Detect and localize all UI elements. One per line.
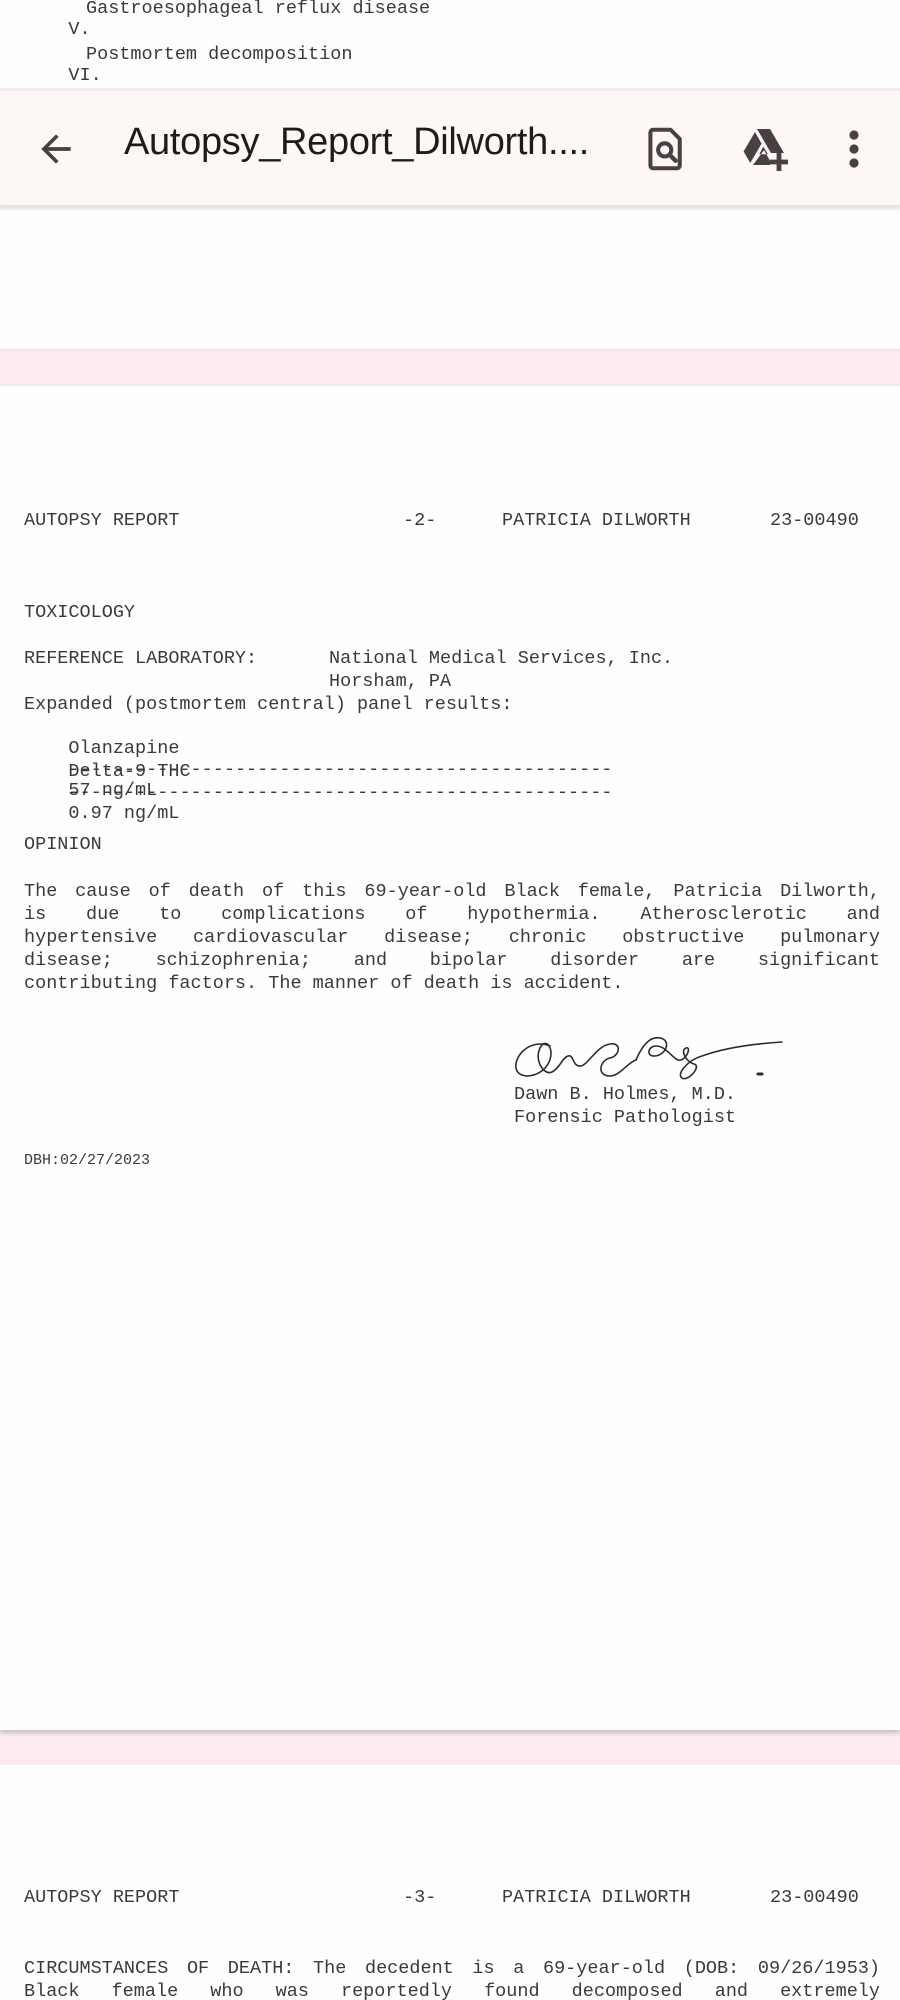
- opinion-line: is due to complications of hypothermia. …: [24, 903, 880, 926]
- arrow-left-icon: [34, 127, 78, 171]
- running-header-title: AUTOPSY REPORT: [24, 510, 179, 531]
- running-header-name: PATRICIA DILWORTH: [502, 1887, 691, 1908]
- diagnosis-text: Gastroesophageal reflux disease: [86, 0, 430, 19]
- circumstances-line: CIRCUMSTANCES OF DEATH: The decedent is …: [24, 1957, 880, 1980]
- initials-date: DBH:02/27/2023: [24, 1152, 150, 1169]
- page-1-bottom: [0, 209, 900, 351]
- diagnosis-text: Postmortem decomposition: [86, 44, 352, 65]
- page-number: -3-: [403, 1887, 436, 1908]
- document-page-3: AUTOPSY REPORT -3- PATRICIA DILWORTH 23-…: [0, 1764, 900, 2000]
- reference-lab-location: Horsham, PA: [329, 671, 451, 692]
- tox-result-row: Delta-9 THC ----------------------------…: [24, 740, 612, 845]
- substance: Delta-9 THC: [68, 761, 190, 782]
- opinion-line: contributing factors. The manner of deat…: [24, 972, 880, 995]
- document-page-2: AUTOPSY REPORT -2- PATRICIA DILWORTH 23-…: [0, 384, 900, 1730]
- running-header-title: AUTOPSY REPORT: [24, 1887, 179, 1908]
- leader-dashes: ----------------------------------------…: [68, 782, 612, 803]
- diagnosis-numeral: VI.: [68, 65, 101, 86]
- find-in-document-button[interactable]: [638, 121, 694, 177]
- opinion-line: disease; schizophrenia; and bipolar diso…: [24, 949, 880, 972]
- opinion-line: hypertensive cardiovascular disease; chr…: [24, 926, 880, 949]
- opinion-line: The cause of death of this 69-year-old B…: [24, 880, 880, 903]
- pathologist-title: Forensic Pathologist: [514, 1107, 736, 1128]
- more-vert-icon: [846, 129, 862, 169]
- opinion-paragraph: The cause of death of this 69-year-old B…: [24, 880, 880, 995]
- reference-lab-name: National Medical Services, Inc.: [329, 648, 673, 669]
- circumstances-line: Black female who was reportedly found de…: [24, 1980, 880, 2000]
- case-number: 23-00490: [770, 510, 859, 531]
- pathologist-name: Dawn B. Holmes, M.D.: [514, 1084, 736, 1105]
- search-document-icon: [646, 127, 686, 171]
- value: 0.97 ng/mL: [68, 803, 179, 824]
- toxicology-heading: TOXICOLOGY: [24, 602, 135, 623]
- case-number: 23-00490: [770, 1887, 859, 1908]
- circumstances-paragraph: CIRCUMSTANCES OF DEATH: The decedent is …: [24, 1957, 880, 2000]
- reference-lab-label: REFERENCE LABORATORY:: [24, 648, 257, 669]
- drive-add-icon: [741, 127, 791, 171]
- document-title: Autopsy_Report_Dilworth....: [124, 121, 589, 164]
- panel-label: Expanded (postmortem central) panel resu…: [24, 694, 512, 715]
- page-number: -2-: [403, 510, 436, 531]
- back-button[interactable]: [34, 127, 78, 171]
- pdf-viewer-app-bar: Autopsy_Report_Dilworth....: [0, 91, 900, 207]
- page-1-fragment: V.Gastroesophageal reflux disease VI.Pos…: [0, 0, 900, 90]
- save-to-drive-button[interactable]: [738, 121, 794, 177]
- diagnosis-numeral: V.: [68, 19, 90, 40]
- running-header-name: PATRICIA DILWORTH: [502, 510, 691, 531]
- more-options-button[interactable]: [826, 121, 882, 177]
- opinion-heading: OPINION: [24, 834, 102, 855]
